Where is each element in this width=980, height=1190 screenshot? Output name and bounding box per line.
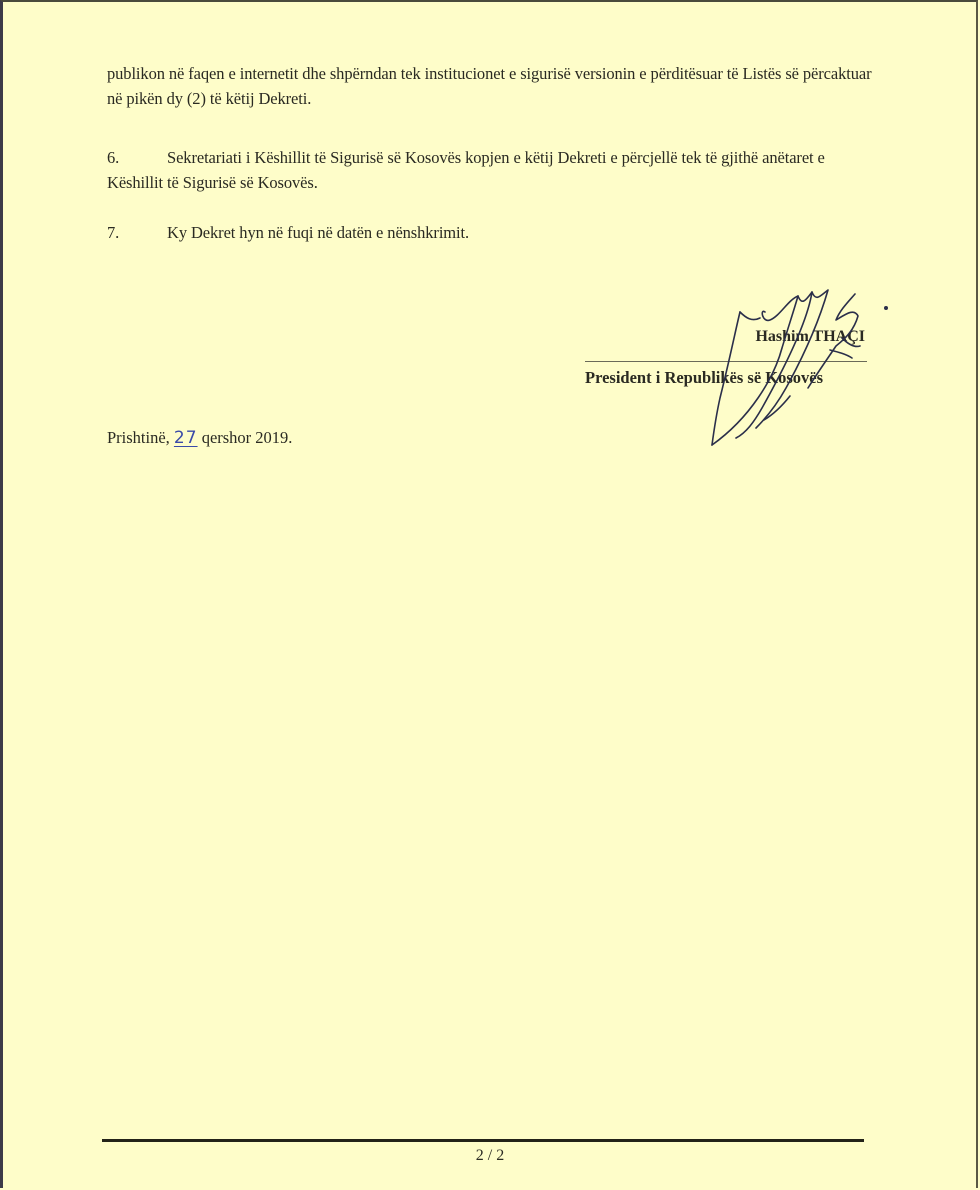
paragraph-item-6: 6.Sekretariati i Këshillit të Sigurisë s… — [107, 145, 877, 195]
signatory-name: Hashim THAÇI — [585, 326, 867, 348]
item-text: Ky Dekret hyn në fuqi në datën e nënshkr… — [167, 223, 469, 242]
footer-divider — [102, 1139, 864, 1142]
page-number: 2 / 2 — [0, 1146, 980, 1166]
item-number: 7. — [107, 220, 167, 245]
date-rest: qershor 2019. — [198, 428, 293, 447]
signatory-title: President i Republikës së Kosovës — [585, 367, 867, 389]
signature-line — [585, 361, 867, 362]
paragraph-item-7: 7.Ky Dekret hyn në fuqi në datën e nënsh… — [107, 220, 877, 245]
item-text: Sekretariati i Këshillit të Sigurisë së … — [107, 148, 825, 192]
place-and-date: Prishtinë, 27 qershor 2019. — [107, 426, 292, 450]
paragraph-continuation: publikon në faqen e internetit dhe shpër… — [107, 61, 877, 111]
item-number: 6. — [107, 145, 167, 170]
signature-block: Hashim THAÇI President i Republikës së K… — [585, 320, 867, 389]
place-label: Prishtinë, — [107, 428, 174, 447]
paragraph-text: publikon në faqen e internetit dhe shpër… — [107, 64, 872, 108]
handwritten-day: 27 — [174, 428, 198, 448]
